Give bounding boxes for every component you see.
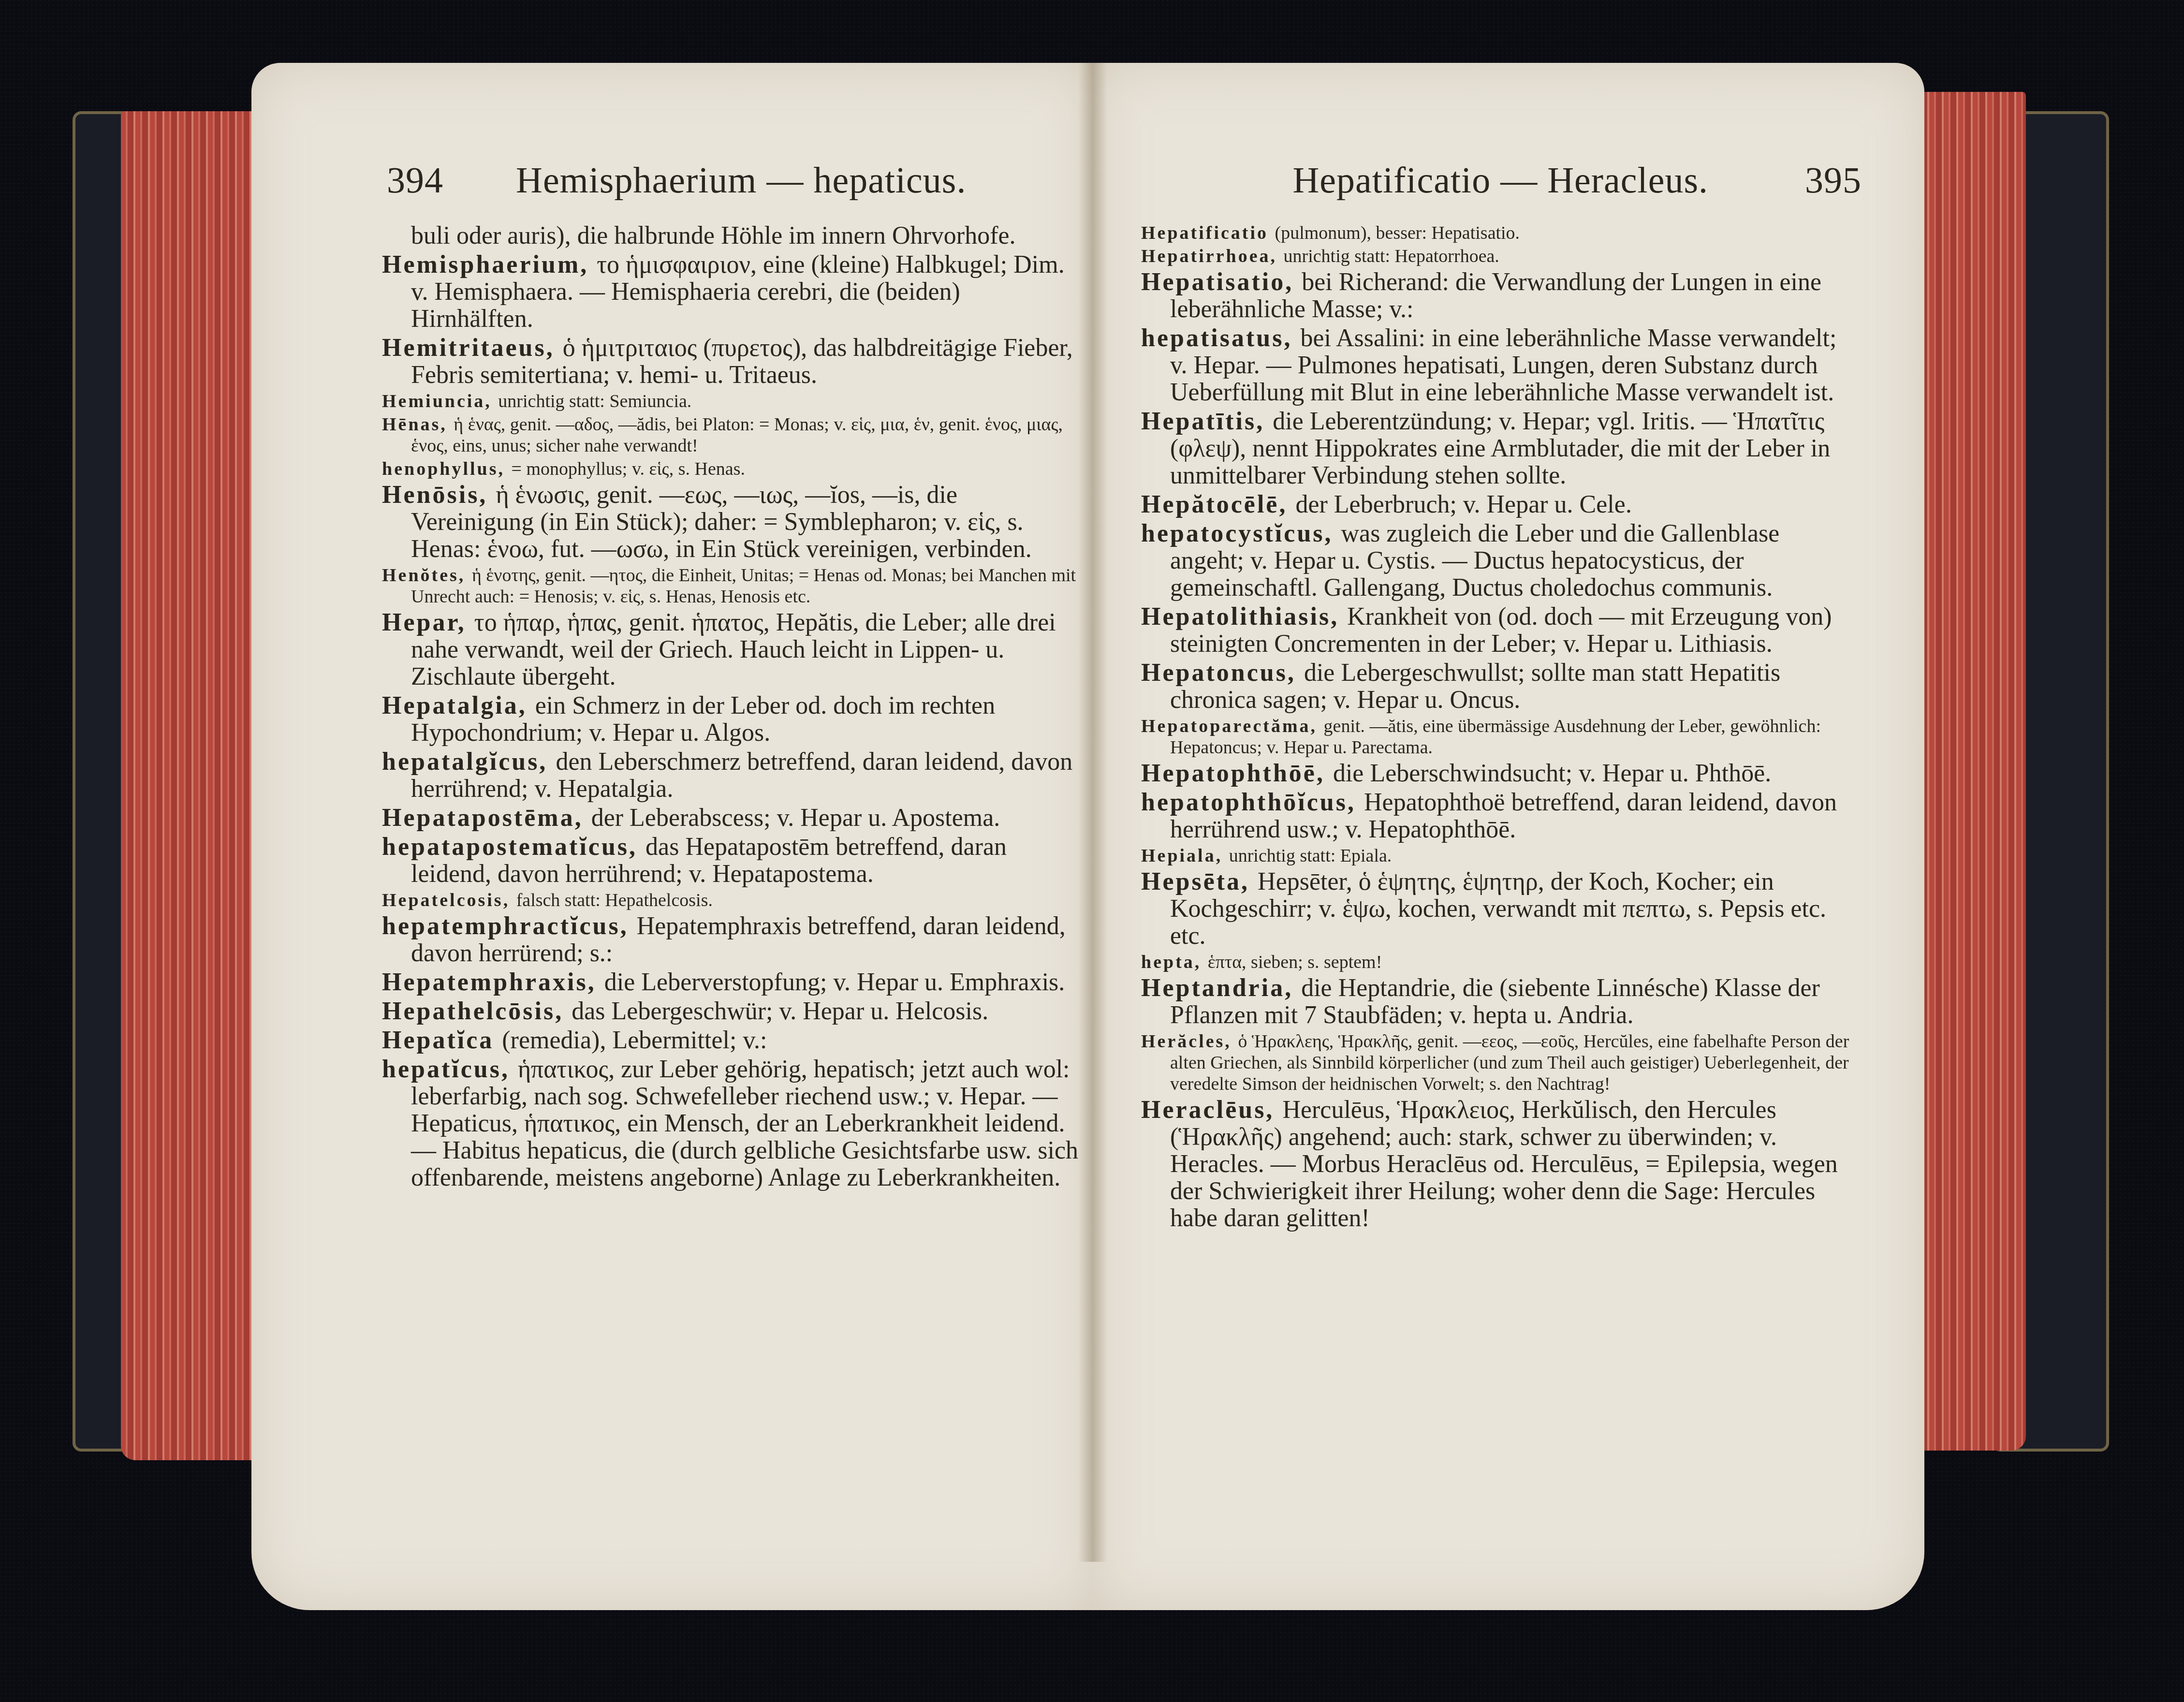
entry-headword: Henōsis, <box>382 481 496 509</box>
entry-definition: falsch statt: Hepathelcosis. <box>516 890 713 910</box>
dictionary-entry: Hepatoparectăma, genit. —ătis, eine über… <box>1141 716 1857 758</box>
page-number: 395 <box>1805 160 1862 202</box>
dictionary-entry: hepatophthōĭcus, Hepatophthoë betreffend… <box>1141 789 1857 843</box>
dictionary-entry: Hepatapostēma, der Leberabscess; v. Hepa… <box>382 805 1078 832</box>
entry-definition: buli oder auris), die halbrunde Höhle im… <box>411 222 1016 249</box>
entry-headword: Hemisphaerium, <box>382 251 597 279</box>
left-page-body: buli oder auris), die halbrunde Höhle im… <box>382 222 1078 1193</box>
dictionary-entry: buli oder auris), die halbrunde Höhle im… <box>382 222 1078 249</box>
entry-headword: hepatĭcus, <box>382 1056 518 1083</box>
entry-headword: hepatocystĭcus, <box>1141 520 1341 547</box>
entry-headword: Hepatophthōē, <box>1141 760 1333 787</box>
entry-definition: ὁ Ἡρακλεης, Ἡρακλῆς, genit. —εεος, —εοῦς… <box>1170 1031 1849 1094</box>
running-header: Hepatificatio — Heracleus. <box>1292 160 1708 202</box>
dictionary-entry: Hepar, το ἡπαρ, ἡπας, genit. ἡπατος, Hep… <box>382 609 1078 690</box>
dictionary-entry: Hepatalgia, ein Schmerz in der Leber od.… <box>382 692 1078 747</box>
entry-headword: Hepatemphraxis, <box>382 968 604 996</box>
entry-headword: Hepathelcōsis, <box>382 998 572 1025</box>
entry-headword: henophyllus, <box>382 459 511 479</box>
entry-headword: Hepar, <box>382 609 474 636</box>
dictionary-entry: Hepatoncus, die Lebergeschwullst; sollte… <box>1141 660 1857 714</box>
entry-headword: Hepiala, <box>1141 846 1229 866</box>
entry-definition: ἡ ἑνωσις, genit. —εως, —ιως, —ĭos, —is, … <box>411 481 1032 563</box>
left-page: 394 Hemisphaerium — hepaticus. buli oder… <box>251 63 1093 1610</box>
entry-definition: = monophyllus; v. εἱς, s. Henas. <box>511 459 745 479</box>
dictionary-entry: Hepatophthōē, die Leberschwindsucht; v. … <box>1141 760 1857 787</box>
entry-headword: Hepatoparectăma, <box>1141 716 1324 736</box>
entry-headword: Hemiuncia, <box>382 391 498 411</box>
dictionary-entry: Hepatĭca (remedia), Lebermittel; v.: <box>382 1027 1078 1054</box>
dictionary-entry: Hepatītis, die Leberentzündung; v. Hepar… <box>1141 408 1857 489</box>
entry-headword: Hepătocēlē, <box>1141 491 1295 518</box>
dictionary-entry: Henōsis, ἡ ἑνωσις, genit. —εως, —ιως, —ĭ… <box>382 482 1078 563</box>
entry-headword: hepta, <box>1141 952 1208 972</box>
dictionary-entry: Heraclēus, Herculēus, Ἡρακλειος, Herkŭli… <box>1141 1097 1857 1232</box>
dictionary-entry: Hepatolithiasis, Krankheit von (od. doch… <box>1141 603 1857 658</box>
entry-definition: Hepsēter, ὁ ἑψητης, ἑψητηρ, der Koch, Ko… <box>1170 868 1826 950</box>
entry-headword: hepatapostematĭcus, <box>382 833 645 861</box>
entry-headword: Hepsēta, <box>1141 868 1258 895</box>
entry-headword: Hepatificatio <box>1141 223 1275 243</box>
entry-headword: Henŏtes, <box>382 565 472 586</box>
running-header: Hemisphaerium — hepaticus. <box>516 160 966 202</box>
entry-headword: Hepatolithiasis, <box>1141 603 1347 631</box>
entry-headword: hepatisatus, <box>1141 324 1300 352</box>
dictionary-entry: Hepathelcōsis, das Lebergeschwür; v. Hep… <box>382 998 1078 1025</box>
dictionary-entry: hepatisatus, bei Assalini: in eine leber… <box>1141 325 1857 406</box>
dictionary-entry: hepatapostematĭcus, das Hepatapostēm bet… <box>382 834 1078 888</box>
dictionary-entry: hepatocystĭcus, was zugleich die Leber u… <box>1141 520 1857 602</box>
entry-definition: (pulmonum), besser: Hepatisatio. <box>1275 223 1520 243</box>
dictionary-entry: Hepatirrhoea, unrichtig statt: Hepatorrh… <box>1141 246 1857 267</box>
dictionary-entry: Hēnas, ἡ ἑνας, genit. —αδος, —ădis, bei … <box>382 414 1078 456</box>
entry-headword: Hemitritaeus, <box>382 334 563 362</box>
entry-headword: Hepatisatio, <box>1141 268 1302 296</box>
dictionary-entry: Hemitritaeus, ὁ ἡμιτριταιος (πυρετος), d… <box>382 335 1078 389</box>
dictionary-entry: henophyllus, = monophyllus; v. εἱς, s. H… <box>382 458 1078 480</box>
entry-definition: die Leberschwindsucht; v. Hepar u. Phthō… <box>1333 760 1771 787</box>
entry-headword: hepatophthōĭcus, <box>1141 789 1364 816</box>
entry-definition: das Lebergeschwür; v. Hepar u. Helcosis. <box>572 998 988 1025</box>
entry-definition: (remedia), Lebermittel; v.: <box>502 1027 767 1054</box>
entry-definition: der Leberbruch; v. Hepar u. Cele. <box>1295 491 1631 518</box>
right-page: Hepatificatio — Heracleus. 395 Hepatific… <box>1093 63 1924 1610</box>
dictionary-entry: hepatemphractĭcus, Hepatemphraxis betref… <box>382 913 1078 967</box>
dictionary-entry: hepatalgĭcus, den Leberschmerz betreffen… <box>382 748 1078 803</box>
entry-headword: Hepatelcosis, <box>382 890 516 910</box>
entry-headword: Heptandria, <box>1141 974 1301 1002</box>
dictionary-entry: Hemiuncia, unrichtig statt: Semiuncia. <box>382 391 1078 412</box>
page-number: 394 <box>387 160 443 202</box>
dictionary-entry: Hepatemphraxis, die Leberverstopfung; v.… <box>382 969 1078 996</box>
dictionary-entry: Hepătocēlē, der Leberbruch; v. Hepar u. … <box>1141 491 1857 518</box>
dictionary-entry: hepta, ἑπτα, sieben; s. septem! <box>1141 952 1857 973</box>
dictionary-entry: Heptandria, die Heptandrie, die (siebent… <box>1141 975 1857 1029</box>
right-page-header: Hepatificatio — Heracleus. 395 <box>1156 160 1862 202</box>
entry-definition: unrichtig statt: Semiuncia. <box>498 391 691 411</box>
entry-headword: Herăcles, <box>1141 1031 1238 1052</box>
entry-headword: Hepatoncus, <box>1141 659 1304 687</box>
entry-definition: ἡ ἑνοτης, genit. —ητος, die Einheit, Uni… <box>411 565 1076 607</box>
entry-headword: Hepatapostēma, <box>382 804 591 832</box>
entry-headword: Hepatirrhoea, <box>1141 246 1284 266</box>
dictionary-entry: Henŏtes, ἡ ἑνοτης, genit. —ητος, die Ein… <box>382 565 1078 607</box>
dictionary-entry: Hepatificatio (pulmonum), besser: Hepati… <box>1141 222 1857 244</box>
dictionary-entry: hepatĭcus, ἡπατικος, zur Leber gehörig, … <box>382 1056 1078 1191</box>
dictionary-entry: Hepiala, unrichtig statt: Epiala. <box>1141 845 1857 866</box>
entry-definition: ἑπτα, sieben; s. septem! <box>1208 952 1382 972</box>
entry-definition: unrichtig statt: Hepatorrhoea. <box>1284 246 1499 266</box>
entry-definition: die Leberverstopfung; v. Hepar u. Emphra… <box>604 968 1065 996</box>
entry-headword: Hepatītis, <box>1141 408 1273 435</box>
dictionary-entry: Hemisphaerium, το ἡμισφαιριον, eine (kle… <box>382 251 1078 333</box>
entry-definition: unrichtig statt: Epiala. <box>1229 846 1392 866</box>
left-page-header: 394 Hemisphaerium — hepaticus. <box>387 160 1064 202</box>
entry-headword: Hepatalgia, <box>382 692 535 719</box>
right-page-body: Hepatificatio (pulmonum), besser: Hepati… <box>1141 222 1857 1234</box>
dictionary-entry: Herăcles, ὁ Ἡρακλεης, Ἡρακλῆς, genit. —ε… <box>1141 1031 1857 1095</box>
entry-headword: Hepatĭca <box>382 1027 502 1054</box>
entry-headword: hepatemphractĭcus, <box>382 912 637 940</box>
entry-headword: Hēnas, <box>382 414 454 435</box>
book-gutter <box>1078 63 1107 1562</box>
entry-definition: ἡ ἑνας, genit. —αδος, —ădis, bei Platon:… <box>411 414 1063 456</box>
dictionary-entry: Hepatelcosis, falsch statt: Hepathelcosi… <box>382 890 1078 911</box>
entry-definition: der Leberabscess; v. Hepar u. Apostema. <box>591 804 1000 832</box>
entry-headword: Heraclēus, <box>1141 1096 1282 1124</box>
entry-definition: το ἡπαρ, ἡπας, genit. ἡπατος, Hepătis, d… <box>411 609 1056 690</box>
entry-headword: hepatalgĭcus, <box>382 748 556 776</box>
dictionary-entry: Hepsēta, Hepsēter, ὁ ἑψητης, ἑψητηρ, der… <box>1141 868 1857 950</box>
dictionary-entry: Hepatisatio, bei Richerand: die Verwandl… <box>1141 269 1857 323</box>
